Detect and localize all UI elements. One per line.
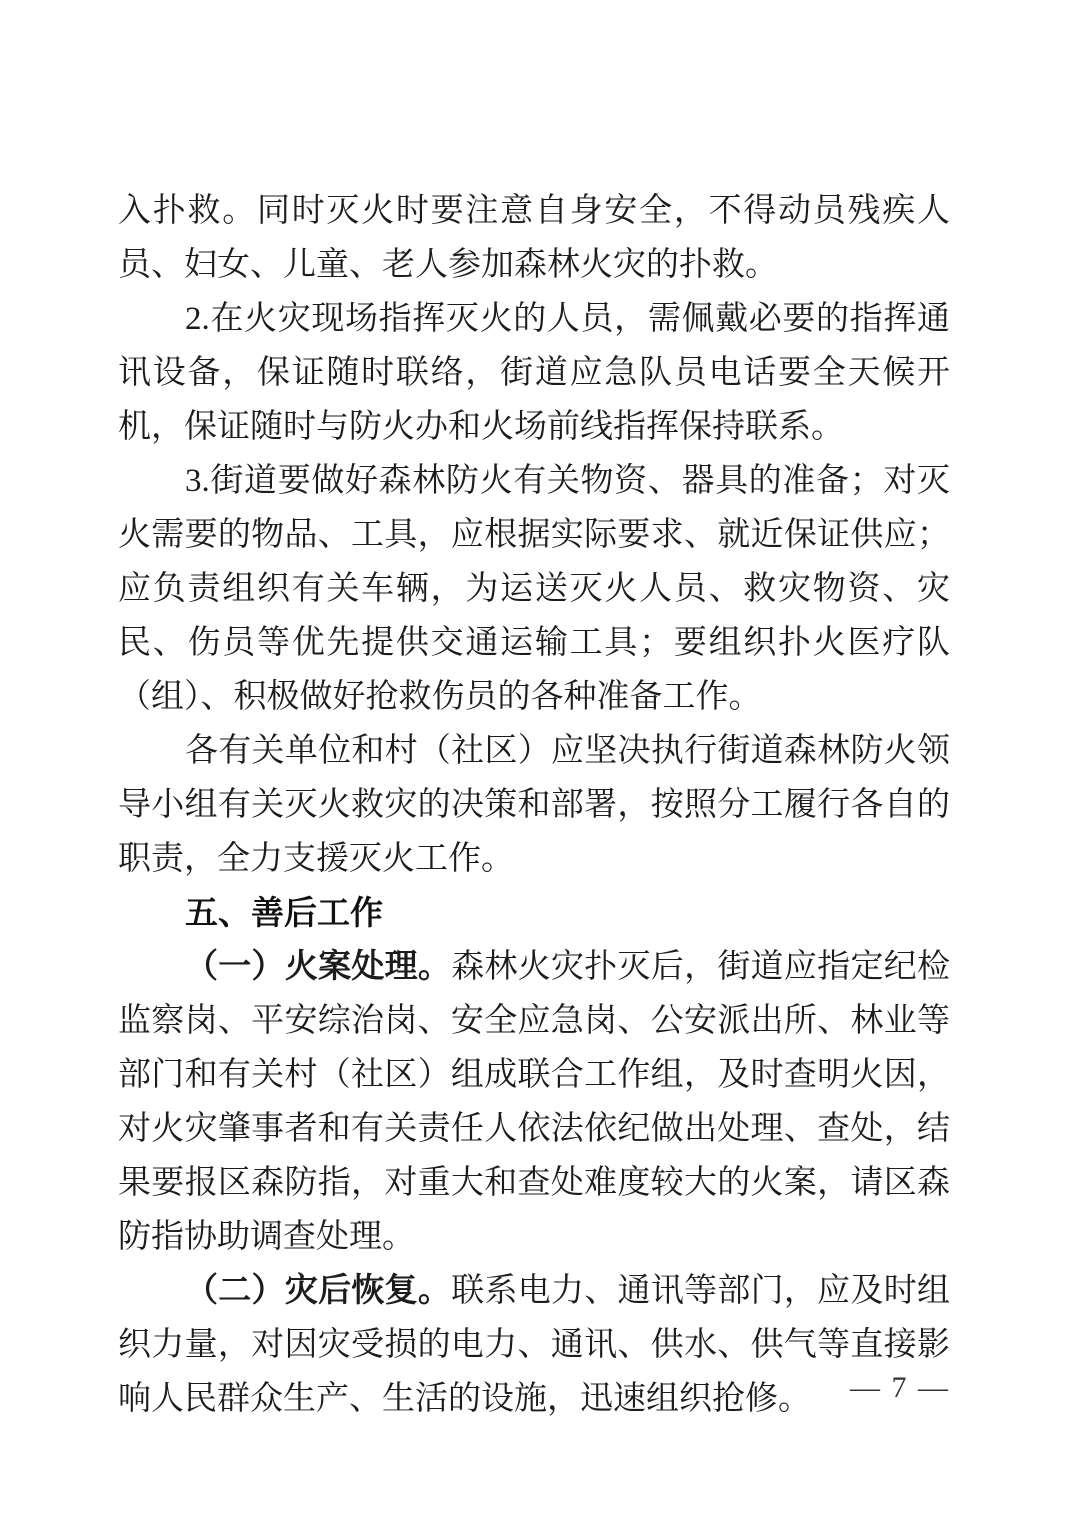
paragraph-disaster-recovery: （二）灾后恢复。联系电力、通讯等部门，应及时组织力量，对因灾受损的电力、通讯、供… [118,1264,950,1426]
paragraph-fire-case-handling: （一）火案处理。森林火灾扑灭后，街道应指定纪检监察岗、平安综治岗、安全应急岗、公… [118,940,950,1264]
section-heading-aftermath: 五、善后工作 [118,886,950,940]
paragraph-lead-fire-case: （一）火案处理。 [185,949,451,985]
document-page: 入扑救。同时灭火时要注意自身安全，不得动员残疾人员、妇女、儿童、老人参加森林火灾… [0,0,1074,1520]
paragraph-text-fire-case: 森林火灾扑灭后，街道应指定纪检监察岗、平安综治岗、安全应急岗、公安派出所、林业等… [118,949,950,1255]
document-body: 入扑救。同时灭火时要注意自身安全，不得动员残疾人员、妇女、儿童、老人参加森林火灾… [118,184,950,1426]
paragraph-item-2: 2.在火灾现场指挥灭火的人员，需佩戴必要的指挥通讯设备，保证随时联络，街道应急队… [118,292,950,454]
paragraph-continuation: 入扑救。同时灭火时要注意自身安全，不得动员残疾人员、妇女、儿童、老人参加森林火灾… [118,184,950,292]
page-number: — 7 — [850,1370,950,1406]
paragraph-item-3: 3.街道要做好森林防火有关物资、器具的准备；对灭火需要的物品、工具，应根据实际要… [118,454,950,724]
paragraph-units-duty: 各有关单位和村（社区）应坚决执行街道森林防火领导小组有关灭火救灾的决策和部署，按… [118,724,950,886]
paragraph-lead-disaster-recovery: （二）灾后恢复。 [185,1273,451,1309]
